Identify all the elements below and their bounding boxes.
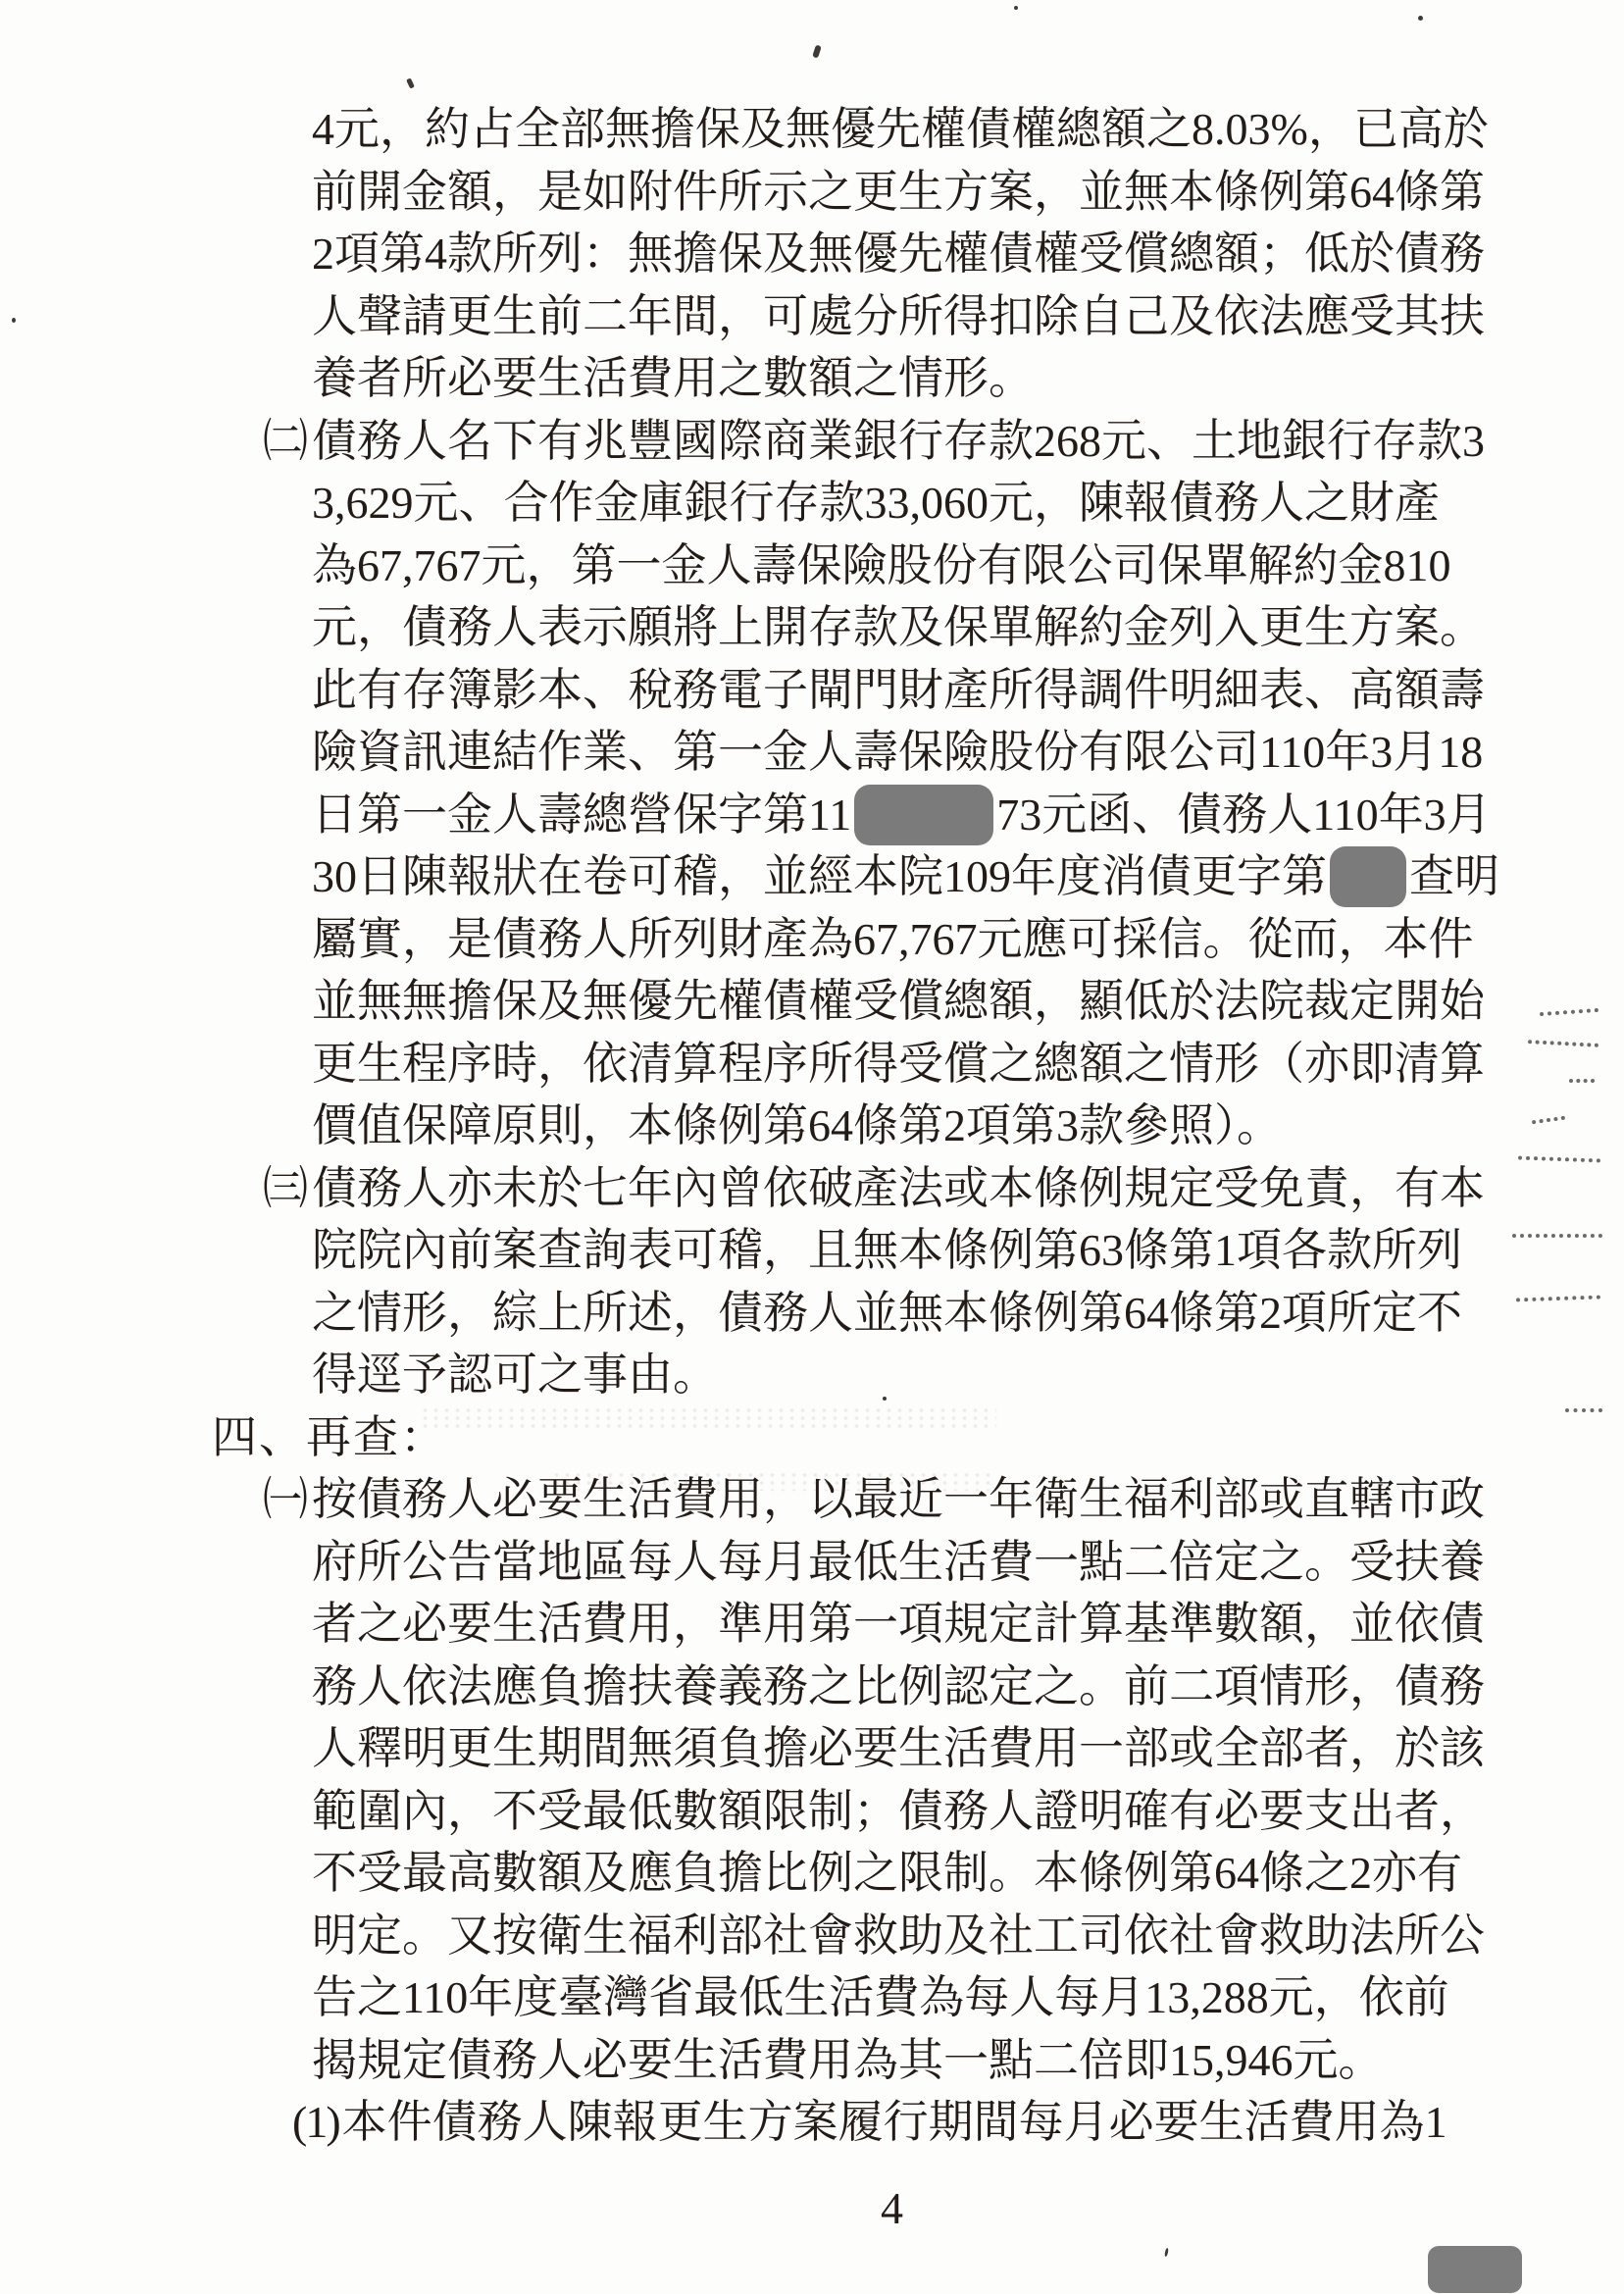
text-line: 告之110年度臺灣省最低生活費為每人每月13,288元，依前 (312, 1966, 1624, 2029)
text-line: 更生程序時，依清算程序所得受償之總額之情形（亦即清算 (312, 1033, 1624, 1096)
scanned-document-page: 4元，約占全部無擔保及無優先權債權總額之8.03%，已高於前開金額，是如附件所示… (0, 0, 1624, 2294)
text-line: (1)本件債務人陳報更生方案履行期間每月必要生活費用為1 (292, 2091, 1624, 2154)
footer-redaction-box (1428, 2246, 1522, 2293)
scan-artifact (812, 44, 822, 58)
item-marker: ㈠ (263, 1468, 308, 1531)
text-line: 務人依法應負擔扶養義務之比例認定之。前二項情形，債務 (312, 1656, 1624, 1718)
line-text: 日第一金人壽總營保字第11 (312, 790, 851, 840)
line-text: 此有存簿影本、稅務電子閘門財產所得調件明細表、高額壽 (312, 665, 1485, 715)
line-text: 範圍內，不受最低數額限制；債務人證明確有必要支出者， (312, 1786, 1485, 1836)
text-line: 2項第4款所列：無擔保及無優先權債權受償總額；低於債務 (312, 223, 1624, 285)
item-marker: ㈢ (263, 1157, 308, 1220)
text-line: 範圍內，不受最低數額限制；債務人證明確有必要支出者， (312, 1780, 1624, 1843)
line-text: 債務人名下有兆豐國際商業銀行存款268元、土地銀行存款3 (312, 416, 1485, 466)
text-line: 人釋明更生期間無須負擔必要生活費用一部或全部者，於該 (312, 1717, 1624, 1780)
text-line: 元，債務人表示願將上開存款及保單解約金列入更生方案。 (312, 596, 1624, 659)
line-text: 得逕予認可之事由。 (312, 1350, 718, 1400)
scan-artifact (883, 1397, 887, 1401)
line-text: 府所公告當地區每人每月最低生活費一點二倍定之。受扶養 (312, 1537, 1485, 1587)
line-text: 前開金額，是如附件所示之更生方案，並無本條例第64條第 (312, 167, 1485, 217)
text-line: ㈢債務人亦未於七年內曾依破產法或本條例規定受免責，有本 (312, 1157, 1624, 1220)
scan-artifact (420, 1406, 996, 1428)
scan-artifact (1512, 1234, 1602, 1238)
line-text: 務人依法應負擔扶養義務之比例認定之。前二項情形，債務 (312, 1661, 1485, 1711)
line-text: 人釋明更生期間無須負擔必要生活費用一部或全部者，於該 (312, 1723, 1485, 1773)
line-text: 30日陳報狀在卷可稽，並經本院109年度消債更字第 (312, 851, 1327, 901)
text-line: 3,629元、合作金庫銀行存款33,060元，陳報債務人之財產 (312, 472, 1624, 535)
line-text: 揭規定債務人必要生活費用為其一點二倍即15,946元。 (312, 2035, 1384, 2085)
text-line: 者之必要生活費用，準用第一項規定計算基準數額，並依債 (312, 1593, 1624, 1656)
text-line: 人聲請更生前二年間，可處分所得扣除自己及依法應受其扶 (312, 285, 1624, 348)
page-number: 4 (881, 2179, 903, 2238)
text-line: 價值保障原則，本條例第64條第2項第3款參照）。 (312, 1095, 1624, 1157)
text-line: ㈡債務人名下有兆豐國際商業銀行存款268元、土地銀行存款3 (312, 410, 1624, 473)
text-line: 險資訊連結作業、第一金人壽保險股份有限公司110年3月18 (312, 721, 1624, 784)
line-text: 之情形，綜上所述，債務人並無本條例第64條第2項所定不 (312, 1288, 1462, 1338)
text-line: 為67,767元，第一金人壽保險股份有限公司保單解約金810 (312, 535, 1624, 597)
line-text: 查明 (1409, 851, 1499, 901)
line-text: 更生程序時，依清算程序所得受償之總額之情形（亦即清算 (312, 1039, 1485, 1089)
line-text: 本件債務人陳報更生方案履行期間每月必要生活費用為1 (342, 2097, 1447, 2147)
line-text: 屬實，是債務人所列財產為67,767元應可採信。從而，本件 (312, 914, 1474, 964)
item-marker: (1) (292, 2097, 339, 2147)
line-text: 者之必要生活費用，準用第一項規定計算基準數額，並依債 (312, 1599, 1485, 1649)
text-line: 府所公告當地區每人每月最低生活費一點二倍定之。受扶養 (312, 1531, 1624, 1594)
text-line: 揭規定債務人必要生活費用為其一點二倍即15,946元。 (312, 2029, 1624, 2092)
scan-artifact (1014, 6, 1018, 10)
line-text: 價值保障原則，本條例第64條第2項第3款參照）。 (312, 1100, 1282, 1150)
text-line: 並無無擔保及無優先權債權受償總額，顯低於法院裁定開始 (312, 970, 1624, 1033)
scan-artifact (1164, 2248, 1169, 2257)
line-text: 4元，約占全部無擔保及無優先權債權總額之8.03%，已高於 (312, 104, 1489, 154)
redaction-box (1330, 846, 1406, 907)
line-text: 元，債務人表示願將上開存款及保單解約金列入更生方案。 (312, 602, 1485, 652)
line-text: 為67,767元，第一金人壽保險股份有限公司保單解約金810 (312, 540, 1451, 590)
line-text: 73元函、債務人110年3月 (996, 790, 1491, 840)
redaction-box (854, 785, 993, 845)
line-text: 險資訊連結作業、第一金人壽保險股份有限公司110年3月18 (312, 727, 1483, 777)
text-line: 不受最高數額及應負擔比例之限制。本條例第64條之2亦有 (312, 1842, 1624, 1905)
scan-artifact (551, 1471, 994, 1491)
text-line: 屬實，是債務人所列財產為67,767元應可採信。從而，本件 (312, 908, 1624, 971)
line-text: 告之110年度臺灣省最低生活費為每人每月13,288元，依前 (312, 1972, 1449, 2022)
text-line: 養者所必要生活費用之數額之情形。 (312, 347, 1624, 410)
line-text: 2項第4款所列：無擔保及無優先權債權受償總額；低於債務 (312, 229, 1485, 279)
text-line: 院院內前案查詢表可稽，且無本條例第63條第1項各款所列 (312, 1219, 1624, 1282)
text-line: 之情形，綜上所述，債務人並無本條例第64條第2項所定不 (312, 1282, 1624, 1345)
scan-artifact (1565, 1408, 1602, 1412)
line-text: 3,629元、合作金庫銀行存款33,060元，陳報債務人之財產 (312, 478, 1440, 528)
text-line: 4元，約占全部無擔保及無優先權債權總額之8.03%，已高於 (312, 98, 1624, 161)
line-text: 院院內前案查詢表可稽，且無本條例第63條第1項各款所列 (312, 1225, 1462, 1275)
text-line: 得逕予認可之事由。 (312, 1344, 1624, 1406)
text-line: 明定。又按衛生福利部社會救助及社工司依社會救助法所公 (312, 1905, 1624, 1967)
item-marker: ㈡ (263, 410, 308, 473)
line-text: 不受最高數額及應負擔比例之限制。本條例第64條之2亦有 (312, 1848, 1462, 1898)
text-line: 此有存簿影本、稅務電子閘門財產所得調件明細表、高額壽 (312, 659, 1624, 722)
line-text: 人聲請更生前二年間，可處分所得扣除自己及依法應受其扶 (312, 291, 1485, 341)
scan-artifact (12, 318, 16, 323)
line-text: 四、再查： (212, 1412, 447, 1462)
line-text: 債務人亦未於七年內曾依破產法或本條例規定受免責，有本 (312, 1163, 1485, 1213)
scan-artifact (406, 77, 415, 88)
line-text: 並無無擔保及無優先權債權受償總額，顯低於法院裁定開始 (312, 976, 1485, 1026)
line-text: 明定。又按衛生福利部社會救助及社工司依社會救助法所公 (312, 1911, 1485, 1961)
text-line: 前開金額，是如附件所示之更生方案，並無本條例第64條第 (312, 161, 1624, 224)
text-line: 日第一金人壽總營保字第1173元函、債務人110年3月 (312, 784, 1624, 846)
line-text: 養者所必要生活費用之數額之情形。 (312, 353, 1034, 403)
scan-artifact (1569, 1079, 1595, 1083)
document-text: 4元，約占全部無擔保及無優先權債權總額之8.03%，已高於前開金額，是如附件所示… (0, 98, 1624, 2154)
scan-artifact (1418, 16, 1423, 21)
text-line: 30日陳報狀在卷可稽，並經本院109年度消債更字第查明 (312, 845, 1624, 908)
